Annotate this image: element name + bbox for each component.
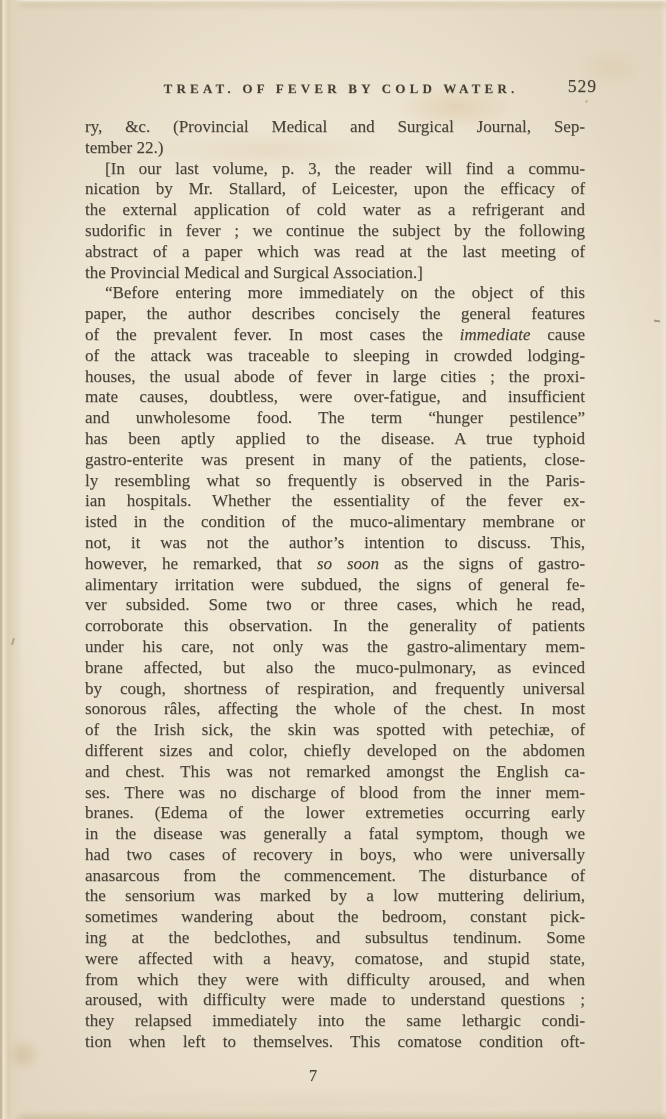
text-line: aroused, with difficulty were made to un… xyxy=(85,990,585,1011)
text-segment: brane affected, but also the muco-pulmon… xyxy=(85,658,585,677)
text-line: “Before entering more immediately on the… xyxy=(85,283,585,304)
text-line: ver subsided. Some two or three cases, w… xyxy=(85,595,585,616)
text-segment: paper, the author describes concisely th… xyxy=(85,304,585,323)
text-segment: gastro-enterite was present in many of t… xyxy=(85,450,585,469)
text-line: tember 22.) xyxy=(85,138,585,159)
text-segment: sonorous râles, affecting the whole of t… xyxy=(85,699,585,718)
text-line: nication by Mr. Stallard, of Leicester, … xyxy=(85,179,585,200)
text-line: of the Irish sick, the skin was spotted … xyxy=(85,720,585,741)
text-line: sometimes wandering about the bedroom, c… xyxy=(85,907,585,928)
text-segment: however, he remarked, that xyxy=(85,554,317,573)
text-segment: sometimes wandering about the bedroom, c… xyxy=(85,907,585,926)
text-line: alimentary irritation were subdued, the … xyxy=(85,575,585,596)
text-segment: tember 22.) xyxy=(85,138,163,157)
text-line: in the disease was generally a fatal sym… xyxy=(85,824,585,845)
text-segment: by cough, shortness of respiration, and … xyxy=(85,679,585,698)
text-segment: sudorific in fever ; we continue the sub… xyxy=(85,221,585,240)
text-segment: ian hospitals. Whether the essentiality … xyxy=(85,491,585,510)
text-line: [In our last volume, p. 3, the reader wi… xyxy=(85,159,585,180)
text-segment: of the attack was traceable to sleeping … xyxy=(85,346,585,365)
text-segment: different sizes and color, chiefly devel… xyxy=(85,741,585,760)
text-line: the Provincial Medical and Surgical Asso… xyxy=(85,263,585,284)
text-segment: nication by Mr. Stallard, of Leicester, … xyxy=(85,179,585,198)
scan-speck xyxy=(654,320,660,323)
paper-stain xyxy=(100,1090,520,1116)
text-segment: in the disease was generally a fatal sym… xyxy=(85,824,585,843)
text-segment: they relapsed immediately into the same … xyxy=(85,1011,585,1030)
text-line: and unwholesome food. The term “hunger p… xyxy=(85,408,585,429)
text-line: and chest. This was not remarked amongst… xyxy=(85,762,585,783)
text-segment: houses, the usual abode of fever in larg… xyxy=(85,367,585,386)
text-line: brane affected, but also the muco-pulmon… xyxy=(85,658,585,679)
text-line: of the prevalent fever. In most cases th… xyxy=(85,325,585,346)
text-segment: the external application of cold water a… xyxy=(85,200,585,219)
text-segment: corroborate this observation. In the gen… xyxy=(85,616,585,635)
text-line: tion when left to themselves. This comat… xyxy=(85,1032,585,1053)
italic-text-segment: so soon xyxy=(317,554,379,573)
page-number: 529 xyxy=(568,76,597,97)
text-segment: [In our last volume, p. 3, the reader wi… xyxy=(105,159,585,178)
text-segment: ry, &c. (Provincial Medical and Surgical… xyxy=(85,117,585,136)
text-line: ry, &c. (Provincial Medical and Surgical… xyxy=(85,117,585,138)
text-segment: isted in the condition of the muco-alime… xyxy=(85,512,585,531)
text-segment: aroused, with difficulty were made to un… xyxy=(85,990,585,1009)
text-segment: of the Irish sick, the skin was spotted … xyxy=(85,720,585,739)
text-segment: the sensorium was marked by a low mutter… xyxy=(85,886,585,905)
text-line: ian hospitals. Whether the essentiality … xyxy=(85,491,585,512)
text-line: mate causes, doubtless, were over-fatigu… xyxy=(85,387,585,408)
text-line: sudorific in fever ; we continue the sub… xyxy=(85,221,585,242)
text-segment: of the prevalent fever. In most cases th… xyxy=(85,325,460,344)
text-segment: anasarcous from the commencement. The di… xyxy=(85,866,585,885)
text-segment: had two cases of recovery in boys, who w… xyxy=(85,845,585,864)
text-segment: alimentary irritation were subdued, the … xyxy=(85,575,585,594)
text-line: the sensorium was marked by a low mutter… xyxy=(85,886,585,907)
running-head-title: TREAT. OF FEVER BY COLD WATER. xyxy=(164,81,519,97)
text-segment: and unwholesome food. The term “hunger p… xyxy=(85,408,585,427)
text-segment: not, it was not the author’s intention t… xyxy=(85,533,585,552)
text-segment: as the signs of gastro- xyxy=(379,554,585,573)
text-segment: branes. (Edema of the lower extremeties … xyxy=(85,803,585,822)
text-segment: under his care, not only was the gastro-… xyxy=(85,637,585,656)
text-line: houses, the usual abode of fever in larg… xyxy=(85,367,585,388)
scan-speck xyxy=(585,100,588,103)
text-line: abstract of a paper which was read at th… xyxy=(85,242,585,263)
text-line: the external application of cold water a… xyxy=(85,200,585,221)
signature-mark: 7 xyxy=(298,1066,328,1086)
paper-stain xyxy=(6,1038,40,1072)
text-line: ly resembling what so frequently is obse… xyxy=(85,471,585,492)
text-line: gastro-enterite was present in many of t… xyxy=(85,450,585,471)
text-line: however, he remarked, that so soon as th… xyxy=(85,554,585,575)
text-segment: were affected with a heavy, comatose, an… xyxy=(85,949,585,968)
scanned-book-page: TREAT. OF FEVER BY COLD WATER. 529 ry, &… xyxy=(0,0,666,1119)
text-segment: abstract of a paper which was read at th… xyxy=(85,242,585,261)
italic-text-segment: immediate xyxy=(460,325,531,344)
text-segment: ing at the bedclothes, and subsultus ten… xyxy=(85,928,585,947)
text-line: they relapsed immediately into the same … xyxy=(85,1011,585,1032)
text-segment: has been aptly applied to the disease. A… xyxy=(85,429,585,448)
text-line: different sizes and color, chiefly devel… xyxy=(85,741,585,762)
text-line: had two cases of recovery in boys, who w… xyxy=(85,845,585,866)
text-line: were affected with a heavy, comatose, an… xyxy=(85,949,585,970)
running-head: TREAT. OF FEVER BY COLD WATER. 529 xyxy=(85,79,597,99)
text-line: branes. (Edema of the lower extremeties … xyxy=(85,803,585,824)
text-line: from which they were with difficulty aro… xyxy=(85,970,585,991)
text-line: of the attack was traceable to sleeping … xyxy=(85,346,585,367)
scan-speck xyxy=(11,638,15,645)
text-line: corroborate this observation. In the gen… xyxy=(85,616,585,637)
text-line: sonorous râles, affecting the whole of t… xyxy=(85,699,585,720)
text-line: ing at the bedclothes, and subsultus ten… xyxy=(85,928,585,949)
text-line: ses. There was no discharge of blood fro… xyxy=(85,783,585,804)
text-segment: mate causes, doubtless, were over-fatigu… xyxy=(85,387,585,406)
text-segment: ses. There was no discharge of blood fro… xyxy=(85,783,585,802)
body-text: ry, &c. (Provincial Medical and Surgical… xyxy=(85,117,585,1053)
text-line: isted in the condition of the muco-alime… xyxy=(85,512,585,533)
text-line: not, it was not the author’s intention t… xyxy=(85,533,585,554)
text-segment: “Before entering more immediately on the… xyxy=(105,283,585,302)
text-line: paper, the author describes concisely th… xyxy=(85,304,585,325)
text-line: by cough, shortness of respiration, and … xyxy=(85,679,585,700)
text-line: has been aptly applied to the disease. A… xyxy=(85,429,585,450)
text-segment: ly resembling what so frequently is obse… xyxy=(85,471,585,490)
text-segment: tion when left to themselves. This comat… xyxy=(85,1032,585,1051)
text-segment: ver subsided. Some two or three cases, w… xyxy=(85,595,585,614)
text-segment: from which they were with difficulty aro… xyxy=(85,970,585,989)
text-segment: cause xyxy=(530,325,585,344)
text-segment: and chest. This was not remarked amongst… xyxy=(85,762,585,781)
text-line: anasarcous from the commencement. The di… xyxy=(85,866,585,887)
text-segment: the Provincial Medical and Surgical Asso… xyxy=(85,263,423,282)
text-line: under his care, not only was the gastro-… xyxy=(85,637,585,658)
